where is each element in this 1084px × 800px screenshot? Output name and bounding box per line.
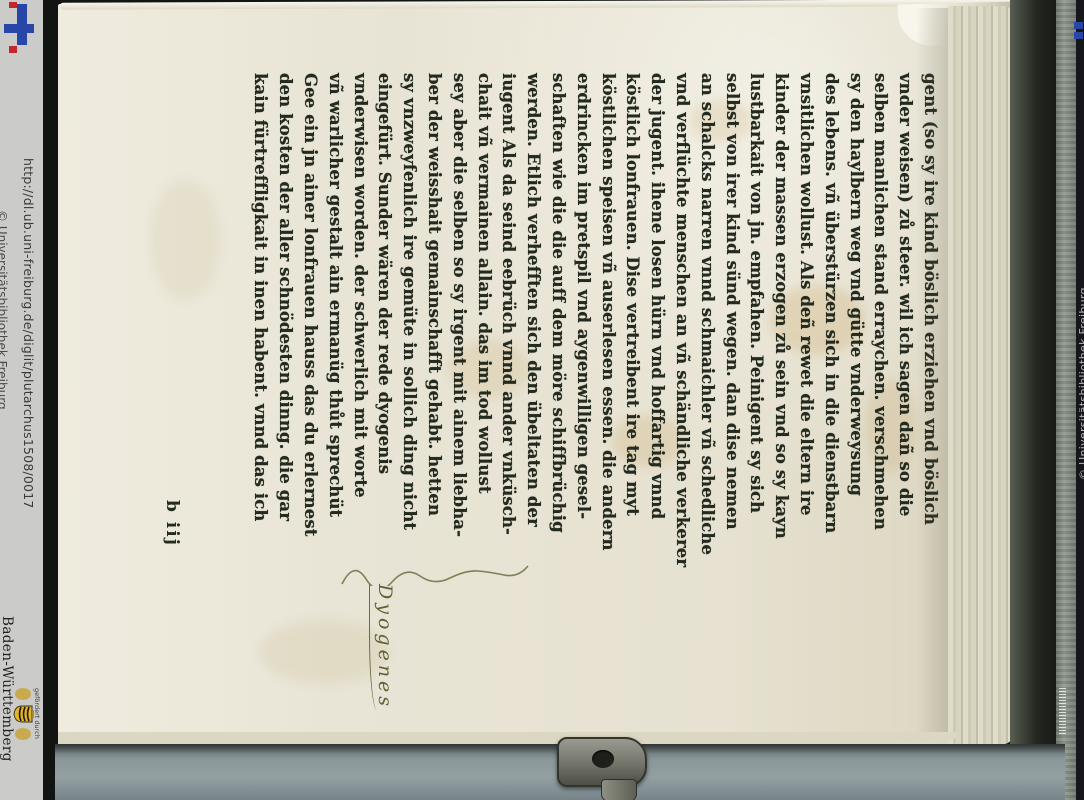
text-line: vnd verflüchte menschen an vñ schändlich… [669, 73, 694, 597]
text-line: kain fürtreffligkait in inen habent. vnn… [248, 73, 273, 597]
text-line: vnderwisen worden. der schwerlich mit wo… [347, 73, 372, 597]
text-line: selbst von irer kind sünd wegen. dan dis… [719, 73, 744, 597]
text-line: ber der weisshait gemainschafft gehabt. … [421, 73, 446, 597]
book-edge-shadow [1010, 0, 1058, 800]
text-line: erdrincken im pretspil vnd aygenwilligen… [570, 73, 595, 597]
baden-wuerttemberg-label: Baden-Württemberg [0, 616, 15, 762]
book-cover-edge [1056, 0, 1076, 800]
text-line: selben manlichen stand erraychen. versch… [868, 73, 893, 597]
quire-signature: b iij [162, 500, 182, 547]
page-text-rotated: gent (so sy ire kind böslich erziehen vn… [248, 73, 942, 597]
copyright-label-left: © Universitätsbibliothek Freiburg [0, 210, 9, 410]
clasp-hole [592, 750, 614, 768]
text-line: kinder der massen erzogen zů sein vnd so… [768, 73, 793, 597]
text-line: lustbarkait von jn. empfahen. Peinigent … [744, 73, 769, 597]
page-fore-edges [948, 6, 1012, 744]
text-line: köstlich lonfrauen. Dise vertreibent ire… [620, 73, 645, 597]
text-line: werden. Etlich verhefften sich den übelt… [520, 73, 545, 597]
text-line: iugent Als da seind eebrüch vnnd ander v… [496, 73, 521, 597]
text-line: vnsitlichen wollust. Als deñ rewet die e… [793, 73, 818, 597]
text-line: schaften wie die die auff dem möre schif… [545, 73, 570, 597]
text-line: an schalcks narren vnnd schmaichler vñ s… [694, 73, 719, 597]
copyright-label-right: © Universitätsbibliothek Freiburg [1077, 287, 1084, 480]
right-frame-logo-fragment [1074, 22, 1083, 29]
text-line: Gee ein jn ainer lonfrauen hauss das du … [297, 73, 322, 597]
marginal-note-handwritten: Dyogenes [374, 584, 396, 710]
text-line: vñ warlicher gestalt ain ermanüg thůt sp… [322, 73, 347, 597]
text-line: sy vnzweyfenlich ire gemüte in sollich d… [396, 73, 421, 597]
clasp-strap [601, 779, 637, 800]
text-line: sey aber die selben so sy irgent mit ain… [446, 73, 471, 597]
right-frame-logo-fragment [1074, 32, 1083, 39]
text-line: der jugent. ihene losen hürn vnd hoffart… [644, 73, 669, 597]
text-line: chait vñ vermainen allain. das im tod wo… [471, 73, 496, 597]
text-line: eingefürt. Sunder wären der rede dyogeni… [372, 73, 397, 597]
text-line: den kosten der aller schnödesten dinng. … [272, 73, 297, 597]
page-text-block: gent (so sy ire kind böslich erziehen vn… [248, 73, 950, 599]
note-flourish-squiggle [332, 556, 532, 586]
text-line: vnder weisen) zů steer. wil ich sagen da… [892, 73, 917, 597]
text-line: des lebens. vñ überstürzen sich in die d… [818, 73, 843, 597]
page-curvature-shadow [916, 8, 952, 738]
source-url-label: http://dl.ub.uni-freiburg.de/diglit/plut… [21, 158, 36, 509]
text-line: sy den haylbern weg vnd gütte vnderweysu… [843, 73, 868, 597]
text-line: köstlichen speisen vñ auserlesen essen. … [595, 73, 620, 597]
spine-fine-print-illegible [1059, 688, 1066, 736]
scan-viewport: gent (so sy ire kind böslich erziehen vn… [0, 0, 1084, 800]
